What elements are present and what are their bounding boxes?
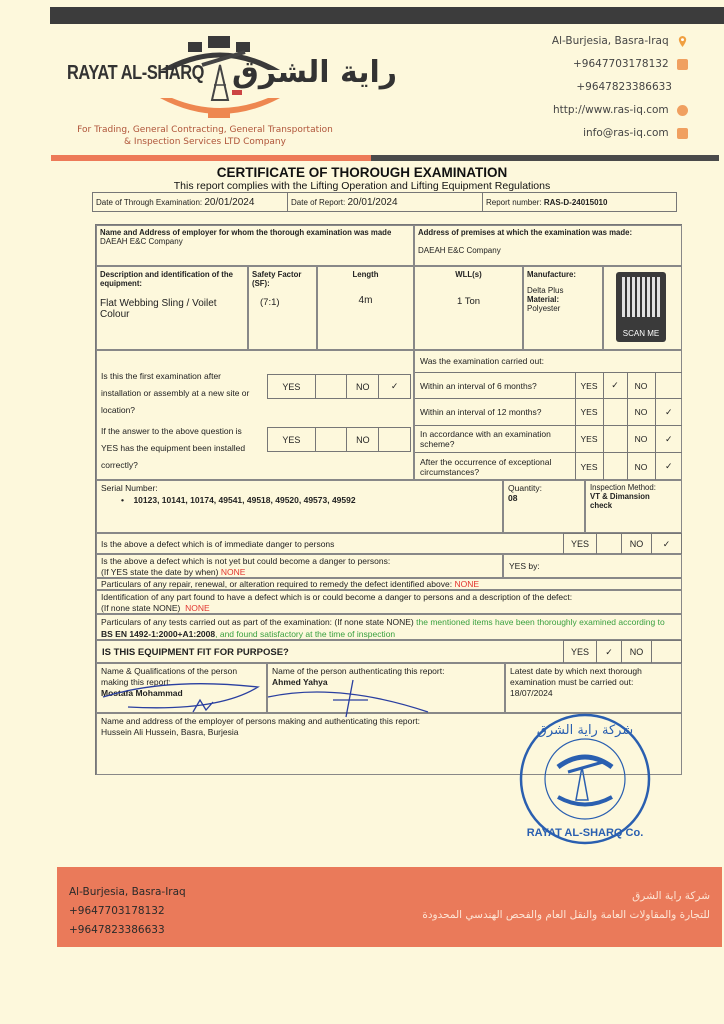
installed-yes-box[interactable] <box>315 428 347 452</box>
company-stamp: شركة راية الشرق RAYAT AL-SHARQ Co. <box>518 712 652 846</box>
manufacture-cell: Manufacture: Delta Plus Material: Polyes… <box>523 266 603 350</box>
fit-yes-no: YES ✓ NO <box>563 640 682 664</box>
qr-cell: SCAN ME <box>603 266 682 350</box>
contact-phone-2: +9647823386633 <box>576 81 672 93</box>
carried-out-table: Within an interval of 6 months? YES ✓ NO… <box>415 372 682 481</box>
repair-row: Particulars of any repair, renewal, or a… <box>96 578 682 590</box>
immediate-danger-yes-no: YES NO ✓ <box>563 533 682 555</box>
date-bar: Date of Through Examination: 20/01/2024 … <box>92 192 677 212</box>
company-tagline: For Trading, General Contracting, Genera… <box>60 124 350 148</box>
qr-code-icon <box>622 277 660 317</box>
signature-marks <box>98 672 438 722</box>
report-number-cell: Report number: RAS-D-24015010 <box>483 193 677 212</box>
wll-cell: WLL(s) 1 Ton <box>414 266 523 350</box>
globe-icon <box>677 105 688 116</box>
date-report-cell: Date of Report: 20/01/2024 <box>288 193 483 212</box>
carried-out-row: After the occurrence of exceptional circ… <box>415 453 682 481</box>
carried-out-row: Within an interval of 6 months? YES ✓ NO <box>415 373 682 399</box>
date-exam-cell: Date of Through Examination: 20/01/2024 <box>93 193 288 212</box>
safety-factor-cell: Safety Factor (SF): (7:1) <box>248 266 317 350</box>
header-divider-orange <box>51 155 371 161</box>
next-exam-cell: Latest date by which next thorough exami… <box>505 663 682 713</box>
contact-address: Al-Burjesia, Basra-Iraq <box>552 35 688 47</box>
top-dark-bar <box>50 7 724 24</box>
defect-identification-row: Identification of any part found to have… <box>96 590 682 614</box>
first-exam-yes-box[interactable] <box>315 375 347 399</box>
mail-icon <box>677 128 688 139</box>
quantity-cell: Quantity: 08 <box>503 480 585 533</box>
installed-yes-no: YES NO <box>267 427 411 452</box>
certificate-subtitle: This report complies with the Lifting Op… <box>0 180 724 192</box>
first-exam-section: Is this the first examination after inst… <box>96 350 414 480</box>
contact-phone-1: +9647703178132 <box>573 58 688 70</box>
future-danger-cell: Is the above a defect which is not yet b… <box>96 554 503 578</box>
bullet-icon: • <box>121 495 133 505</box>
certificate-title: CERTIFICATE OF THOROUGH EXAMINATION <box>0 165 724 180</box>
description-cell: Description and identification of the eq… <box>96 266 248 350</box>
tests-row: Particulars of any tests carried out as … <box>96 614 682 640</box>
svg-text:RAYAT AL-SHARQ Co.: RAYAT AL-SHARQ Co. <box>527 827 644 839</box>
fit-for-purpose-row: IS THIS EQUIPMENT FIT FOR PURPOSE? YES ✓… <box>96 640 682 663</box>
installed-no-box[interactable] <box>379 428 411 452</box>
phone-icon <box>677 59 688 70</box>
company-name-ar: راية الشرق <box>232 55 397 90</box>
footer-arabic-name: شركة راية الشرق للتجارة والمقاولات العام… <box>422 887 710 925</box>
serial-number-cell: Serial Number: • 10123, 10141, 10174, 49… <box>96 480 503 533</box>
carried-out-section: Was the examination carried out: Within … <box>414 350 682 480</box>
immediate-danger-row: Is the above a defect which is of immedi… <box>96 533 682 554</box>
employer-cell: Name and Address of employer for whom th… <box>96 225 414 266</box>
carried-out-row: Within an interval of 12 months? YES NO … <box>415 399 682 426</box>
carried-out-row: In accordance with an examination scheme… <box>415 426 682 453</box>
qr-code[interactable]: SCAN ME <box>616 272 666 342</box>
company-name-en: RAYAT AL-SHARQ <box>67 62 204 85</box>
inspection-method-cell: Inspection Method: VT & Dimansion check <box>585 480 682 533</box>
yes-by-cell: YES by: <box>503 554 682 578</box>
length-cell: Length 4m <box>317 266 414 350</box>
svg-text:شركة راية الشرق: شركة راية الشرق <box>537 723 633 738</box>
header-divider-dark <box>371 155 719 161</box>
footer-band: Al-Burjesia, Basra-Iraq +9647703178132 +… <box>57 867 722 947</box>
premises-cell: Address of premises at which the examina… <box>414 225 682 266</box>
contact-email: info@ras-iq.com <box>583 127 688 139</box>
location-pin-icon <box>677 36 688 47</box>
first-exam-no-box[interactable]: ✓ <box>379 375 411 399</box>
footer-contact: Al-Burjesia, Basra-Iraq +9647703178132 +… <box>69 883 186 940</box>
contact-website: http://www.ras-iq.com <box>553 104 688 116</box>
first-exam-yes-no: YES NO ✓ <box>267 374 411 399</box>
